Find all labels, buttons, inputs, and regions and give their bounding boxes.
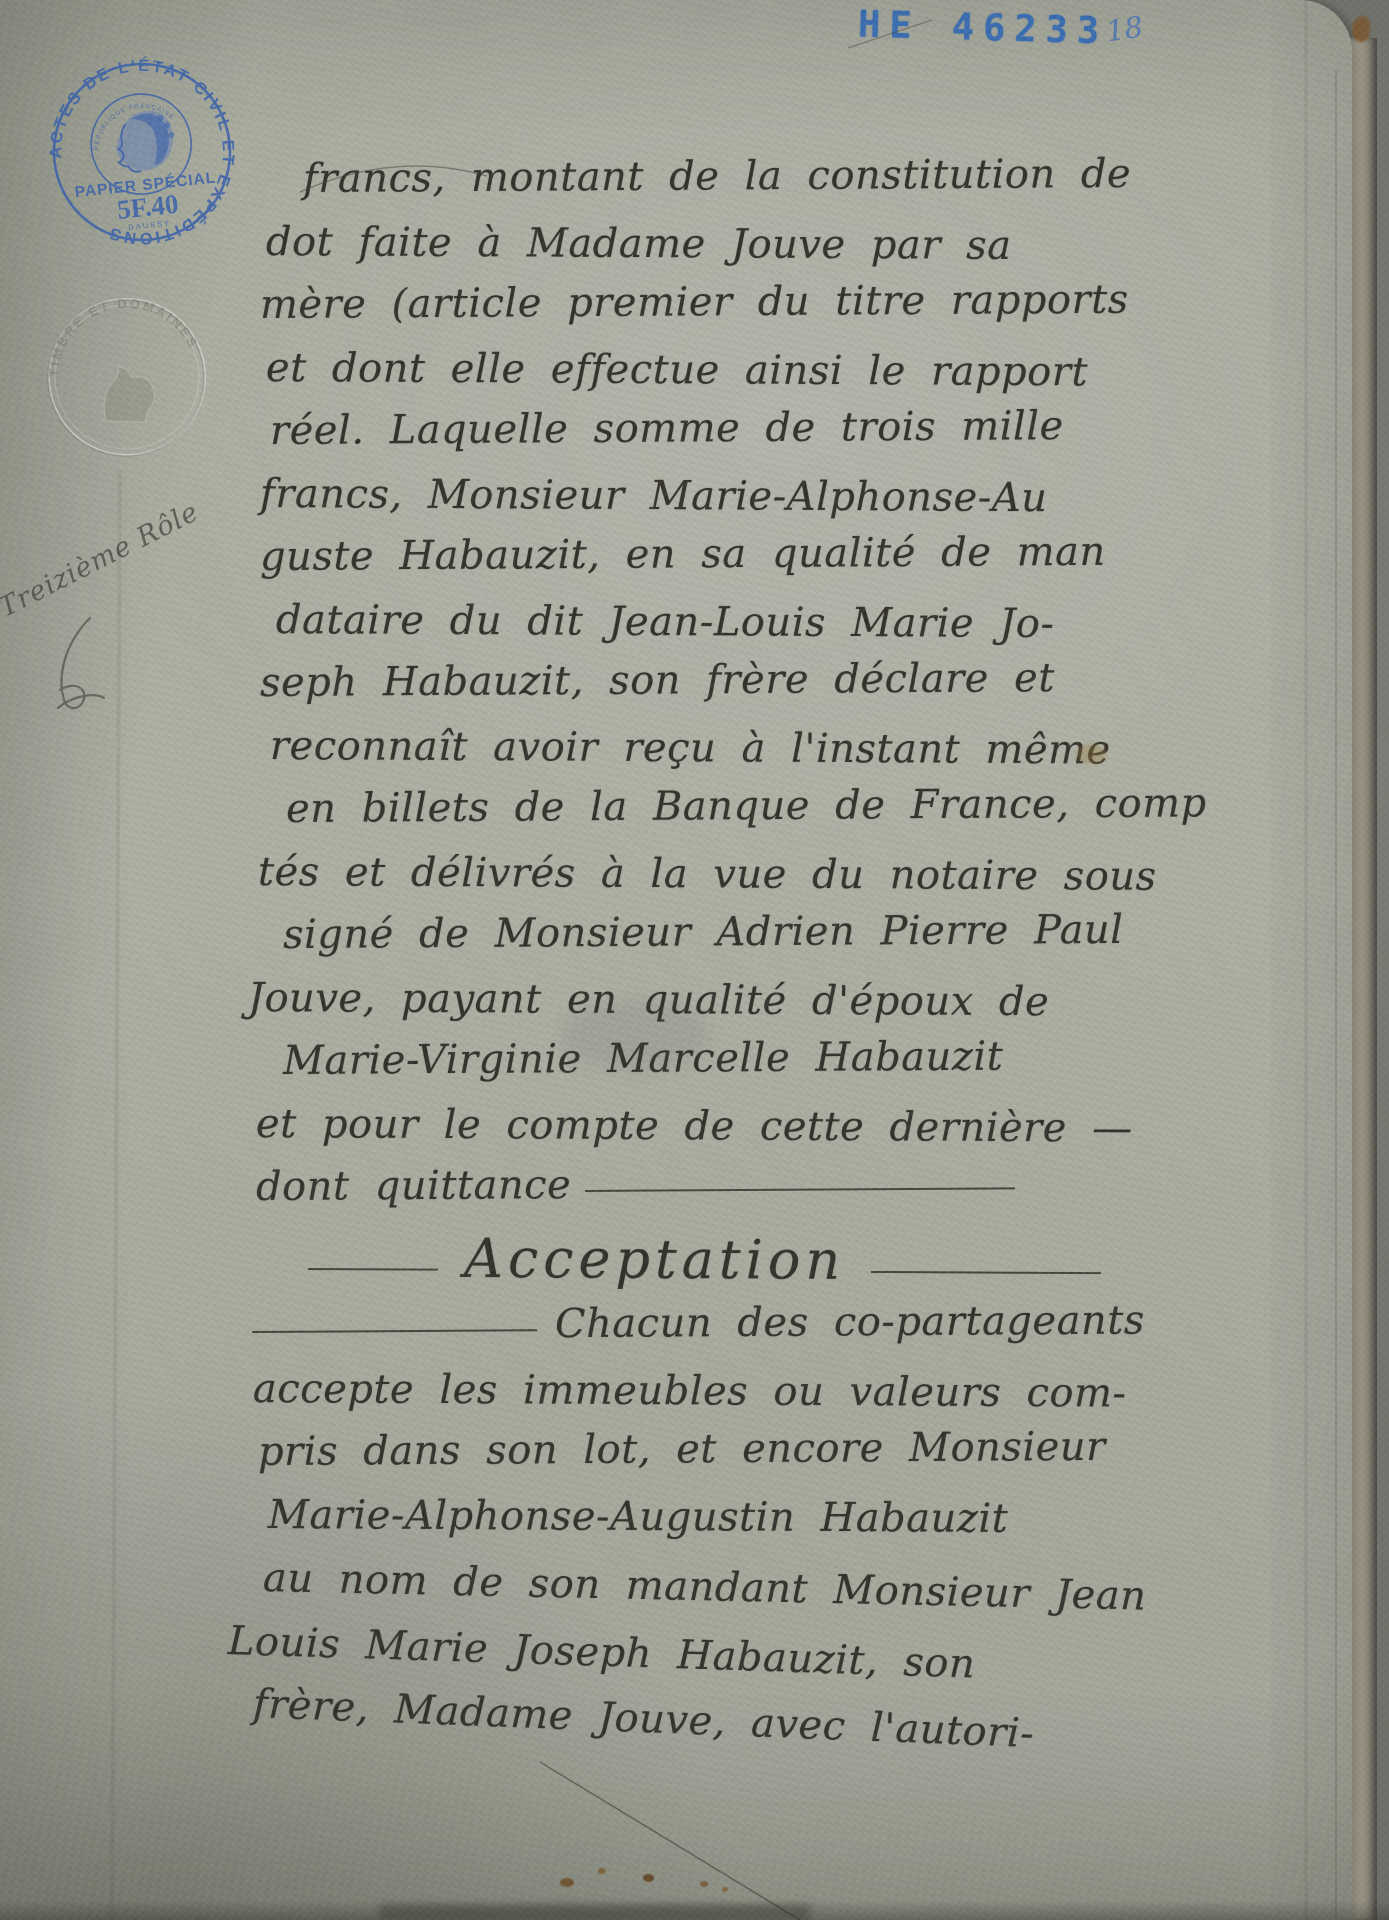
text-line: tés et délivrés à la vue du notaire sous [258, 841, 1148, 909]
scanned-document-photo: ACTES DE L'ÉTAT CIVIL ET EXPÉDITIONS RÉP… [0, 0, 1389, 1920]
margin-paraph [38, 612, 118, 722]
text-line: réel. Laquelle somme de trois mille [270, 395, 1148, 463]
text-line: en billets de la Banque de France, comp [286, 773, 1148, 841]
paper-speck [722, 1887, 728, 1892]
text-line-label: dont quittance [256, 1162, 572, 1210]
paper-speck [700, 1881, 708, 1887]
ink-rule [871, 1271, 1101, 1274]
text-line: signé de Monsieur Adrien Pierre Paul [283, 899, 1148, 967]
text-line: Marie-Alphonse-Augustin Habauzit [268, 1484, 1148, 1552]
margin-note: Treizième Rôle [0, 496, 204, 623]
page-corner-stain [1352, 16, 1370, 42]
revenue-stamp: ACTES DE L'ÉTAT CIVIL ET EXPÉDITIONS RÉP… [36, 46, 247, 257]
text-line: reconnaît avoir reçu à l'instant même [270, 715, 1148, 783]
section-heading-label: Acceptation [464, 1227, 845, 1292]
text-line: francs, montant de la constitution de [303, 143, 1148, 211]
seal-ring-text: TIMBRE ET DOMAINES [46, 296, 202, 378]
text-line: seph Habauzit, son frère déclare et [260, 647, 1148, 715]
text-line: guste Habauzit, en sa qualité de man [260, 521, 1148, 589]
ink-rule [252, 1329, 537, 1333]
paper-speck [643, 1874, 654, 1882]
handwritten-body: francs, montant de la constitution de do… [248, 148, 1148, 1736]
document-page: ACTES DE L'ÉTAT CIVIL ET EXPÉDITIONS RÉP… [0, 0, 1352, 1920]
bottom-page-shadow [380, 1904, 810, 1920]
svg-text:TIMBRE ET DOMAINES: TIMBRE ET DOMAINES [46, 296, 202, 378]
text-line: dont quittance [256, 1151, 1148, 1219]
paper-speck [598, 1868, 606, 1874]
text-line: mère (article premier du titre rapports [260, 269, 1148, 337]
text-line-label: Chacun des co-partageants [555, 1298, 1145, 1348]
paper-speck [560, 1878, 574, 1887]
embossed-seal: TIMBRE ET DOMAINES [36, 286, 218, 468]
text-line: Chacun des co-partageants [252, 1290, 1148, 1358]
text-line: pris dans son lot, et encore Monsieur [258, 1416, 1148, 1484]
text-line: Marie-Virginie Marcelle Habauzit [283, 1025, 1148, 1093]
registration-handwritten-note: 18 [1104, 10, 1145, 49]
section-heading: Acceptation [308, 1223, 1148, 1297]
ink-rule [308, 1268, 438, 1271]
seal-seated-figure [104, 366, 154, 422]
registration-code: HE 46233 [857, 3, 1108, 53]
ink-rule [585, 1187, 1015, 1192]
